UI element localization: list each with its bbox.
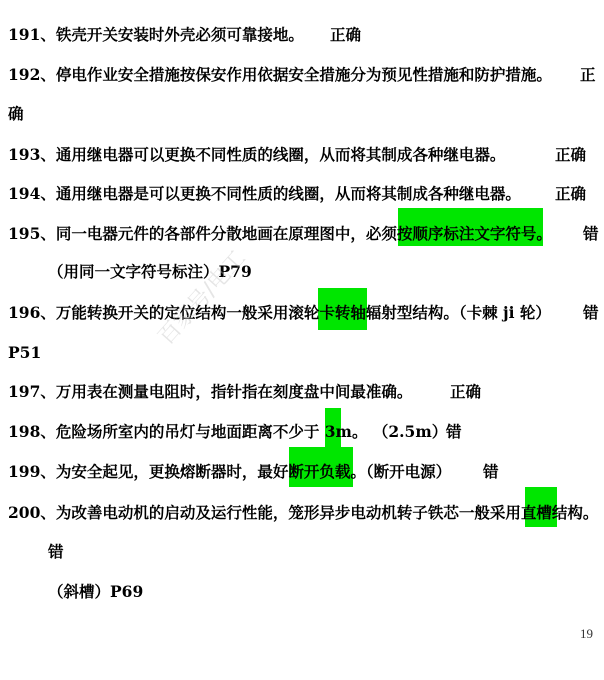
- question-195: 195、同一电器元件的各部件分散地画在原理图中，必须按顺序标注文字符号。: [8, 222, 552, 246]
- page-number: 19: [580, 626, 593, 642]
- question-198: 198、危险场所室内的吊灯与地面距离不少于 3m。 （2.5m）: [8, 420, 447, 444]
- highlighted-text: 按顺序标注文字符号: [397, 224, 537, 243]
- question-text-before: 196、万能转换开关的定位结构一般采用滚轮: [8, 303, 319, 322]
- note-195: （用同一文字符号标注）P79: [48, 260, 252, 284]
- note-196: P51: [8, 341, 41, 365]
- question-text-before: 195、同一电器元件的各部件分散地画在原理图中，必须: [8, 224, 397, 243]
- question-text: 192、停电作业安全措施按保安作用依据安全措施分为预见性措施和防护措施。: [8, 65, 552, 84]
- answer-200: 错: [48, 540, 64, 564]
- question-text-after: 辐射型结构。（卡棘 ji 轮）: [366, 303, 551, 322]
- question-196: 196、万能转换开关的定位结构一般采用滚轮卡转轴辐射型结构。（卡棘 ji 轮）: [8, 301, 551, 325]
- question-194: 194、通用继电器是可以更换不同性质的线圈，从而将其制成各种继电器。: [8, 182, 521, 206]
- question-text-before: 200、为改善电动机的启动及运行性能，笼形异步电动机转子铁芯一般采用: [8, 503, 521, 522]
- answer-192-part1: 正: [580, 63, 596, 87]
- question-193: 193、通用继电器可以更换不同性质的线圈，从而将其制成各种继电器。: [8, 143, 505, 167]
- question-192: 192、停电作业安全措施按保安作用依据安全措施分为预见性措施和防护措施。: [8, 63, 552, 87]
- answer-193: 正确: [555, 143, 586, 167]
- question-text-after: 结构。: [552, 503, 599, 522]
- question-text: 193、通用继电器可以更换不同性质的线圈，从而将其制成各种继电器。: [8, 145, 505, 164]
- question-text-after: 。（断开电源）: [350, 462, 451, 481]
- answer-191: 正确: [330, 23, 361, 47]
- answer-199: 错: [483, 460, 499, 484]
- watermark: 百家号/电工: [150, 243, 252, 351]
- answer-192-part2: 确: [8, 102, 24, 126]
- answer-195: 错: [583, 222, 599, 246]
- highlighted-text: 直槽: [521, 503, 552, 522]
- question-191: 191、铁壳开关安装时外壳必须可靠接地。: [8, 23, 304, 47]
- question-text: 194、通用继电器是可以更换不同性质的线圈，从而将其制成各种继电器。: [8, 184, 521, 203]
- highlighted-text: 断开负载: [288, 462, 350, 481]
- question-text: 191、铁壳开关安装时外壳必须可靠接地。: [8, 25, 304, 44]
- question-197: 197、万用表在测量电阻时，指针指在刻度盘中间最准确。: [8, 380, 412, 404]
- answer-194: 正确: [555, 182, 586, 206]
- answer-197: 正确: [450, 380, 481, 404]
- question-199: 199、为安全起见，更换熔断器时，最好断开负载。（断开电源）: [8, 460, 451, 484]
- question-text-after: 。 （2.5m）: [352, 422, 447, 441]
- question-text-before: 198、危险场所室内的吊灯与地面距离不少于: [8, 422, 325, 441]
- answer-198: 错: [446, 420, 462, 444]
- question-200: 200、为改善电动机的启动及运行性能，笼形异步电动机转子铁芯一般采用直槽结构。: [8, 501, 598, 525]
- answer-196: 错: [583, 301, 599, 325]
- question-text-after: 。: [536, 224, 552, 243]
- note-200: （斜槽）P69: [48, 580, 143, 604]
- question-text-before: 199、为安全起见，更换熔断器时，最好: [8, 462, 288, 481]
- highlighted-text: 卡转轴: [319, 303, 366, 322]
- highlighted-text: 3m: [325, 422, 352, 441]
- question-text: 197、万用表在测量电阻时，指针指在刻度盘中间最准确。: [8, 382, 412, 401]
